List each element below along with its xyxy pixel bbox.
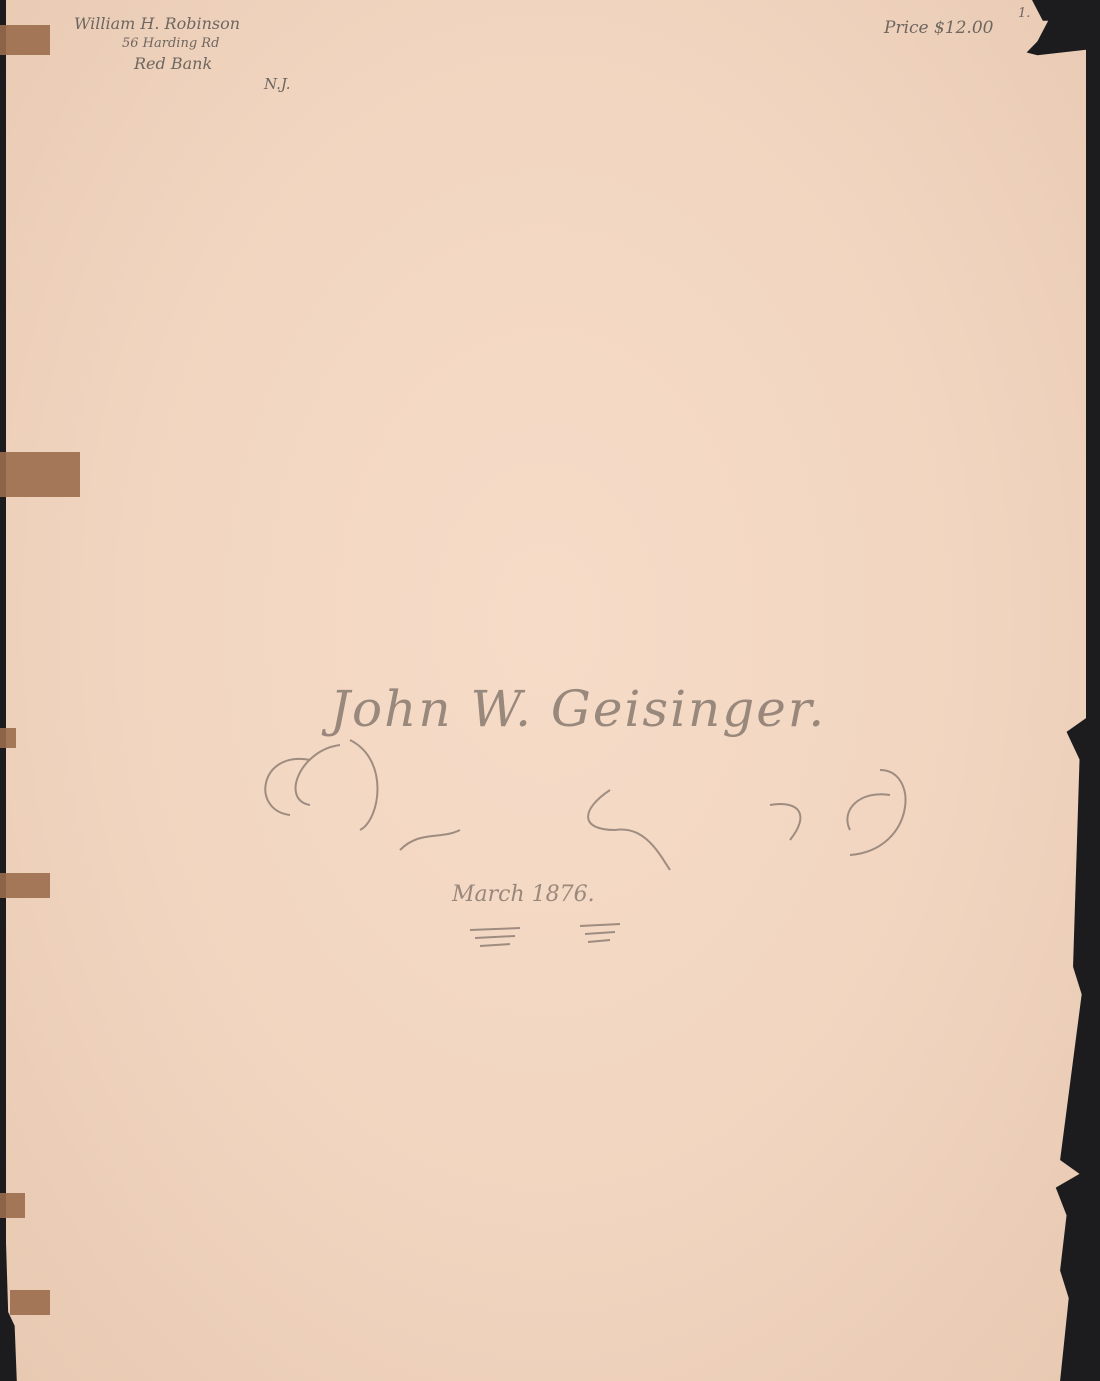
calligraphy-title: John W. Geisinger. (330, 680, 826, 738)
tape-strip (0, 873, 50, 898)
tape-strip (0, 25, 50, 55)
document-date: March 1876. (452, 882, 595, 907)
owner-name: William H. Robinson (74, 14, 291, 34)
tape-strip (0, 1193, 25, 1218)
corner-mark: 1. (1018, 6, 1030, 21)
tape-strip (0, 728, 16, 748)
tape-strip (0, 452, 80, 497)
owner-state: N.J. (264, 74, 291, 94)
owner-street: 56 Harding Rd (122, 34, 291, 54)
owner-city: Red Bank (134, 54, 291, 74)
price-note: Price $12.00 (884, 18, 993, 38)
tape-strip (10, 1290, 50, 1315)
owner-inscription: William H. Robinson 56 Harding Rd Red Ba… (74, 14, 291, 94)
